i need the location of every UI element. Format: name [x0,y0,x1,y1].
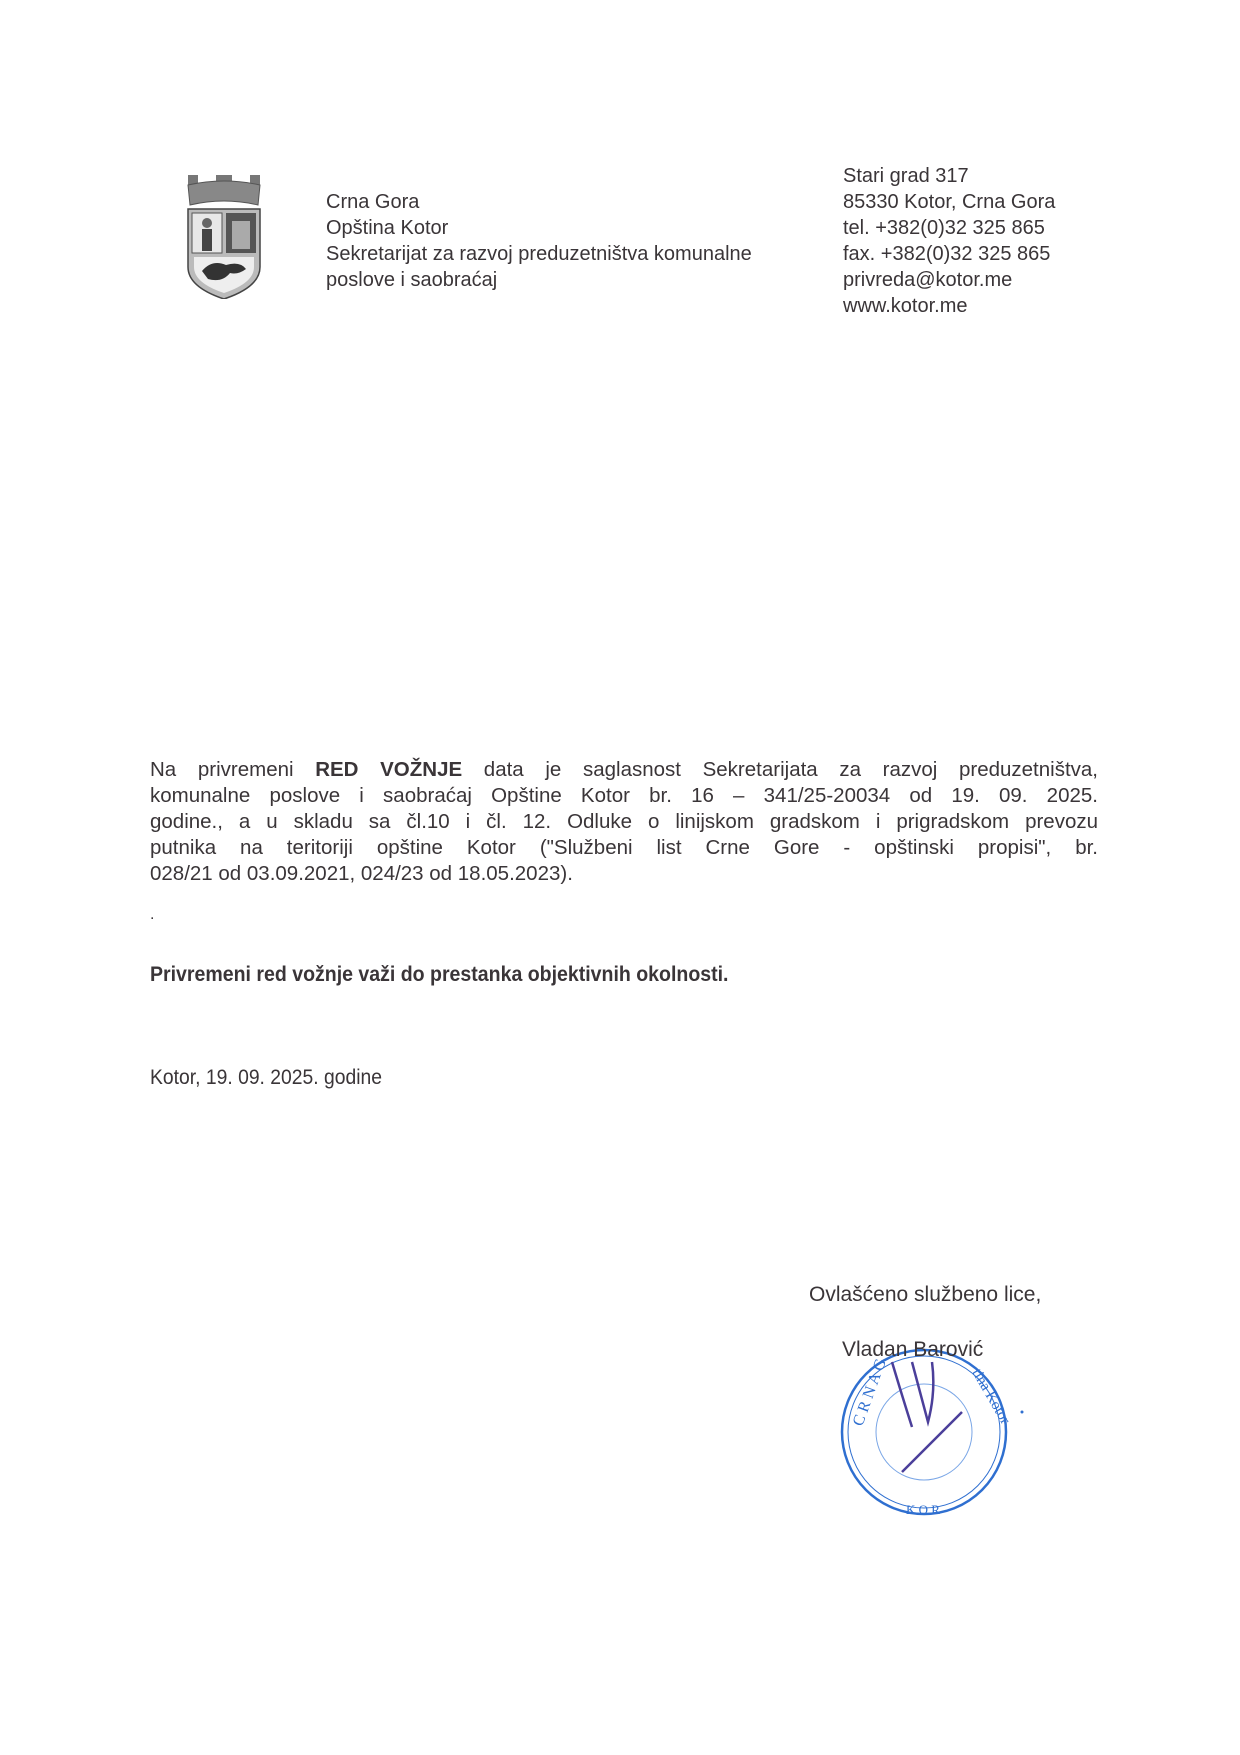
red-voznje-bold: RED VOŽNJE [315,758,462,781]
svg-text:C R N A G: C R N A G [850,1356,890,1428]
paragraph-line: komunalne poslove i saobraćaj Opštine Ko… [150,783,1098,809]
organization-block: Crna Gora Opština Kotor Sekretarijat za … [326,189,752,293]
place-date: Kotor, 19. 09. 2025. godine [150,1066,382,1090]
department-cont: poslove i saobraćaj [326,267,752,293]
signatory-title: Ovlašćeno službeno lice, [809,1283,1041,1307]
paragraph-line: godine., a u skladu sa čl.10 i čl. 12. O… [150,809,1098,835]
fax: fax. +382(0)32 325 865 [843,241,1055,267]
postal-city: 85330 Kotor, Crna Gora [843,189,1055,215]
coat-of-arms-icon [186,175,262,299]
municipality: Opština Kotor [326,215,752,241]
email-link[interactable]: privreda@kotor.me [843,267,1055,293]
paragraph-line: Na privremeni RED VOŽNJE data je saglasn… [150,757,1098,783]
validity-statement: Privremeni red vožnje važi do prestanka … [150,963,728,987]
approval-paragraph: Na privremeni RED VOŽNJE data je saglasn… [150,757,1098,887]
svg-text:K O R: K O R [906,1502,940,1517]
svg-text:tina Kotor: tina Kotor [969,1366,1013,1427]
contact-block: Stari grad 317 85330 Kotor, Crna Gora te… [843,163,1055,319]
paragraph-line: putnika na teritoriji opštine Kotor ("Sl… [150,835,1098,861]
phone: tel. +382(0)32 325 865 [843,215,1055,241]
country: Crna Gora [326,189,752,215]
signatory-name: Vladan Barović [842,1338,983,1362]
paragraph-line: 028/21 od 03.09.2021, 024/23 od 18.05.20… [150,861,1098,887]
address: Stari grad 317 [843,163,1055,189]
stray-dot: . [150,906,154,924]
department: Sekretarijat za razvoj preduzetništva ko… [326,241,752,267]
website-link[interactable]: www.kotor.me [843,293,1055,319]
